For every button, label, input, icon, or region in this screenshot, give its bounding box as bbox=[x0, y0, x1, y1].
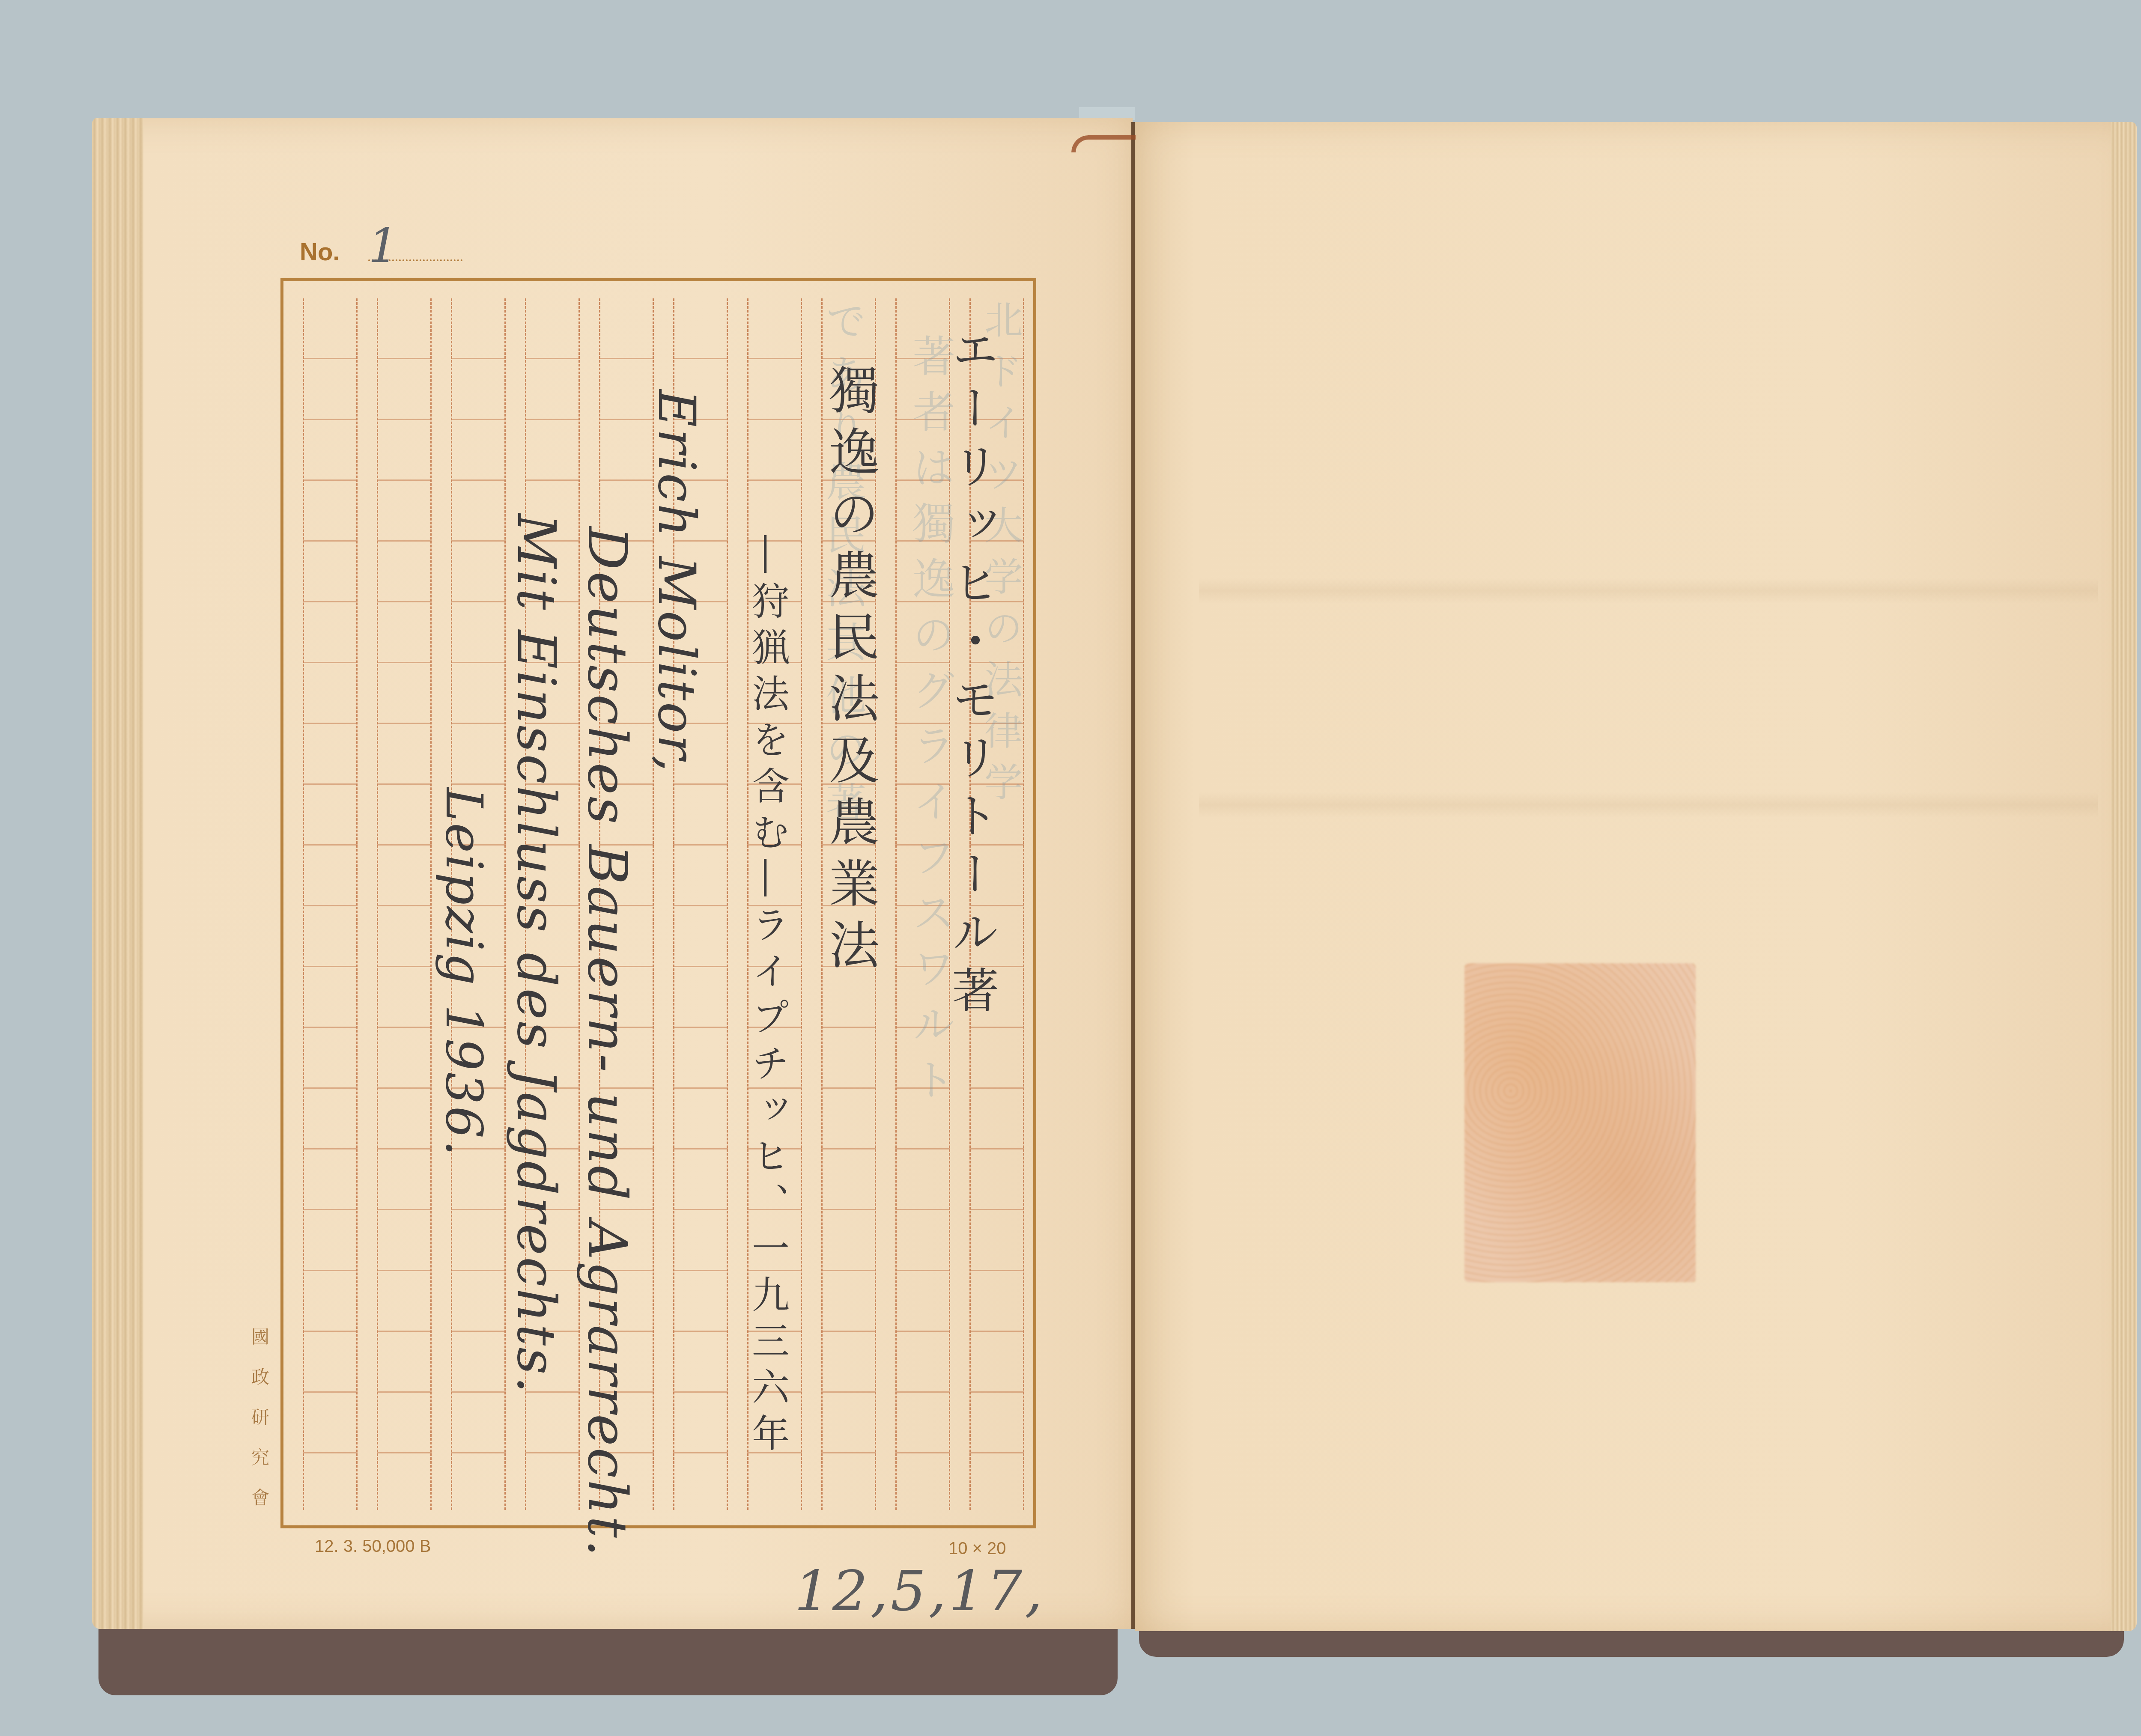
staple-rust-mark bbox=[1071, 135, 1136, 152]
page-edges-right bbox=[2111, 122, 2137, 1631]
grid-column bbox=[303, 298, 358, 1510]
subtitle-japanese: ―狩猟法を含む―ライプチッヒ、一九三六年 bbox=[741, 535, 795, 1460]
grid-column bbox=[377, 298, 432, 1510]
page-edges-left bbox=[92, 118, 143, 1629]
author-german: Erich Molitor, bbox=[647, 390, 706, 774]
print-code: 12. 3. 50,000 B bbox=[315, 1537, 431, 1556]
number-label: No. bbox=[300, 238, 340, 266]
place-date-german: Leipzig 1936. bbox=[435, 788, 494, 1158]
page-crease bbox=[1199, 792, 2098, 818]
pencil-date-note: 12,5,17, bbox=[794, 1558, 1045, 1623]
page-crease bbox=[1199, 578, 2098, 604]
subtitle-german: Mit Einschluss des Jagdrechts. bbox=[505, 514, 567, 1395]
grid-format-label: 10 × 20 bbox=[948, 1539, 1006, 1558]
author-japanese: エーリッヒ・モリトール著 bbox=[938, 325, 1005, 1024]
page-number-value: 1 bbox=[368, 218, 398, 273]
paper-stain bbox=[1464, 963, 1696, 1282]
right-page bbox=[1135, 122, 2137, 1631]
publisher-vertical-label: 國政研究會 bbox=[246, 1327, 272, 1528]
book-gutter bbox=[1131, 122, 1135, 1629]
title-german: Deutsches Bauern- und Agrarrecht. bbox=[576, 527, 639, 1558]
title-japanese: 獨逸の農民法及農業法 bbox=[814, 364, 886, 980]
